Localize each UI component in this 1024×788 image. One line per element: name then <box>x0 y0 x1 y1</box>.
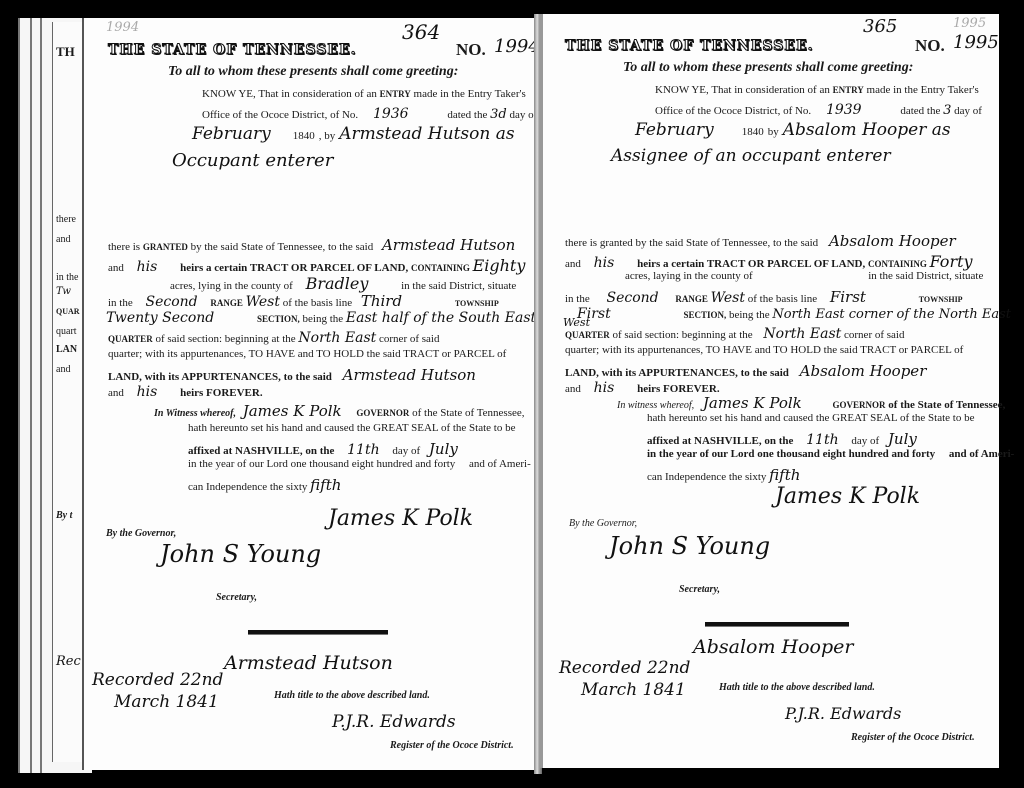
margin-fragment: there <box>56 214 76 225</box>
pronoun: his <box>137 259 158 275</box>
register-signature: P.J.R. Edwards <box>785 704 901 723</box>
hath-title: Hath title to the above described land. <box>274 690 430 701</box>
text: of the basis line <box>283 297 352 309</box>
text: made in the Entry Taker's <box>414 88 526 100</box>
margin-fragment: By t <box>56 510 72 521</box>
county-line: acres, laying in the county of in the sa… <box>625 270 983 282</box>
text: day of <box>954 105 982 117</box>
register-signature: P.J.R. Edwards <box>332 712 456 732</box>
county: Bradley <box>306 274 369 293</box>
right-page-grant-1995: 1995 365 THE STATE OF TENNESSEE. NO. 199… <box>540 14 999 768</box>
affixed-line: affixed at NASHVILLE, on the 11th day of… <box>188 440 458 458</box>
range-number: Second <box>146 294 198 310</box>
seal-day: 11th <box>806 432 838 448</box>
text: GOVERNOR <box>833 400 886 410</box>
text: Office of the Ococe District, of No. <box>655 105 811 117</box>
grant-no-label: NO. <box>915 36 945 56</box>
granted-line: there is GRANTED by the said State of Te… <box>108 236 515 254</box>
grant-number: 1995 <box>953 32 999 53</box>
text: CONTAINING <box>868 259 927 269</box>
heirs-forever-line: and his heirs FOREVER. <box>108 384 263 400</box>
pronoun: his <box>594 380 615 396</box>
page-number: 365 <box>863 16 897 37</box>
margin-fragment: and <box>56 234 70 245</box>
holder-signature: Armstead Hutson <box>224 652 393 674</box>
text: KNOW YE, That in consideration of an <box>655 84 830 96</box>
text: acres, lying in the county of <box>170 280 293 292</box>
governor-signature: James K Polk <box>775 484 920 509</box>
grantee-name: Armstead Hutson <box>343 366 476 384</box>
text: TOWNSHIP <box>919 295 963 304</box>
text: CONTAINING <box>411 263 470 273</box>
quarter-line: QUARTER of said section: beginning at th… <box>565 326 905 342</box>
date-grantee-line: February 1840 by Absalom Hooper as <box>635 120 951 140</box>
entry-year: 1840 <box>742 126 764 138</box>
text: In witness whereof, <box>617 400 694 411</box>
seal-month: July <box>888 430 917 448</box>
grantee-name: Armstead Hutson <box>382 236 515 254</box>
text: and <box>108 262 124 274</box>
text: affixed at NASHVILLE, on the <box>647 435 793 447</box>
independence-line: can Independence the sixty fifth <box>647 466 800 484</box>
text: of said section: beginning at the <box>155 333 295 345</box>
text: corner of said <box>844 329 904 341</box>
affixed-line: affixed at NASHVILLE, on the 11th day of… <box>647 430 917 448</box>
holder-signature: Absalom Hooper <box>693 636 853 658</box>
text: QUARTER <box>565 330 610 340</box>
margin-fragment: Tw <box>56 286 71 297</box>
appurtenances-line: quarter; with its appurtenances, TO HAVE… <box>565 344 963 356</box>
year-line: in the year of our Lord one thousand eig… <box>188 458 531 470</box>
margin-fragment: QUAR <box>56 307 80 316</box>
text: heirs a certain TRACT OR PARCEL OF LAND, <box>637 258 865 270</box>
quarter-line: QUARTER of said section: beginning at th… <box>108 330 440 346</box>
text: can Independence the sixty <box>188 481 307 493</box>
secretary-signature: John S Young <box>609 532 770 560</box>
independence-year: fifth <box>769 466 800 484</box>
section-line: Twenty Second SECTION, being the East ha… <box>106 310 536 326</box>
recorded-date-2: March 1841 <box>114 692 219 712</box>
tract-portion: North East corner of the North East <box>772 307 1011 322</box>
text: SECTION, <box>683 310 726 320</box>
seal-month: July <box>429 440 458 458</box>
hath-hereunto-line: hath hereunto set his hand and caused th… <box>647 412 974 424</box>
hath-title: Hath title to the above described land. <box>719 682 875 693</box>
text: made in the Entry Taker's <box>867 84 979 96</box>
text: GOVERNOR <box>356 408 409 418</box>
secretary-signature: John S Young <box>160 540 321 568</box>
township-number: First <box>830 288 866 306</box>
text: there is granted by the said State of Te… <box>565 237 818 249</box>
witness-line: In Witness whereof, James K Polk GOVERNO… <box>154 402 525 420</box>
acreage: Eighty <box>473 256 526 275</box>
text: QUARTER <box>108 334 153 344</box>
range-line: in the Second RANGE West of the basis li… <box>108 292 499 310</box>
text: of the State of Tennessee, <box>412 407 524 419</box>
greeting: To all to whom these presents shall come… <box>623 60 913 76</box>
township-number: Third <box>361 292 402 310</box>
text: dated the <box>447 109 487 121</box>
text: day of <box>392 445 420 457</box>
section-number: Twenty Second <box>106 310 214 326</box>
text: , by <box>319 130 336 142</box>
pronoun: his <box>137 384 158 400</box>
left-page-grant-1994: 1994 364 THE STATE OF TENNESSEE. NO. 199… <box>82 18 538 770</box>
greeting: To all to whom these presents shall come… <box>168 64 458 80</box>
entry-month: February <box>192 124 271 144</box>
text: affixed at NASHVILLE, on the <box>188 445 334 457</box>
divider-rule <box>248 630 388 635</box>
document-title: THE STATE OF TENNESSEE. <box>108 42 357 58</box>
text: being the <box>303 313 344 325</box>
text: heirs a certain TRACT OR PARCEL OF LAND, <box>180 262 408 274</box>
hath-hereunto-line: hath hereunto set his hand and caused th… <box>188 422 515 434</box>
text: TOWNSHIP <box>455 299 499 308</box>
text: acres, laying in the county of <box>625 270 753 282</box>
by-the-governor: By the Governor, <box>569 518 637 529</box>
tract-portion: East half of the South East <box>346 310 536 326</box>
entry-month: February <box>635 120 714 140</box>
text: of said section: beginning at the <box>612 329 752 341</box>
grant-number: 1994 <box>494 36 540 57</box>
independence-year: fifth <box>310 476 341 494</box>
beginning-corner: North East <box>298 330 376 346</box>
secretary-label: Secretary, <box>679 584 720 595</box>
entry-day: 3 <box>943 103 951 118</box>
text: SECTION, <box>257 314 300 324</box>
margin-fragment: LAN <box>56 344 77 355</box>
corner-note: 1995 <box>953 16 986 31</box>
text: by <box>768 126 779 138</box>
margin-fragment: and <box>56 364 70 375</box>
land-line: LAND, with its APPURTENANCES, to the sai… <box>108 366 476 384</box>
page-number: 364 <box>402 20 440 44</box>
corner-note: 1994 <box>106 20 139 35</box>
text: of the basis line <box>748 293 817 305</box>
witness-line: In witness whereof, James K Polk GOVERNO… <box>617 394 1005 412</box>
know-ye-line: KNOW YE, That in consideration of an ENT… <box>202 88 526 100</box>
grantee-name: Absalom Hooper <box>800 362 927 380</box>
grant-no-label: NO. <box>456 40 486 60</box>
text: corner of said <box>379 333 439 345</box>
text: in the said District, situate <box>401 280 516 292</box>
divider-rule <box>705 622 849 627</box>
date-grantee-line: February 1840 , by Armstead Hutson as <box>192 124 515 144</box>
text: KNOW YE, That in consideration of an <box>202 88 377 100</box>
grantee-capacity: Occupant enterer <box>172 150 333 171</box>
grantee-name: Armstead Hutson as <box>339 124 514 144</box>
grantee-name: Absalom Hooper as <box>783 120 951 140</box>
recorded-date: Recorded 22nd <box>559 658 690 678</box>
know-ye-line: KNOW YE, That in consideration of an ENT… <box>655 84 979 96</box>
text: and <box>108 387 124 399</box>
text: LAND, with its APPURTENANCES, to the sai… <box>565 367 789 379</box>
granted-line: there is granted by the said State of Te… <box>565 232 956 250</box>
governor-name: James K Polk <box>703 394 802 412</box>
acreage: Forty <box>930 252 973 271</box>
text: of the State of Tennessee, <box>888 399 1005 411</box>
section-line: First SECTION, being the North East corn… <box>577 306 1011 322</box>
text: in the said District, situate <box>868 270 983 282</box>
text: RANGE <box>210 298 243 308</box>
beginning-corner: North East <box>763 326 841 342</box>
text: day of <box>851 435 879 447</box>
text: there is <box>108 241 140 253</box>
appurtenances-line: quarter; with its appurtenances, TO HAVE… <box>108 348 506 360</box>
text: by the said State of Tennessee, to the s… <box>191 241 374 253</box>
document-title: THE STATE OF TENNESSEE. <box>565 38 814 54</box>
range-line: in the Second RANGE West of the basis li… <box>565 288 963 306</box>
text: In Witness whereof, <box>154 408 236 419</box>
county-line: acres, lying in the county of Bradley in… <box>170 274 516 293</box>
text: ENTRY <box>833 85 864 95</box>
range-number: Second <box>607 290 659 306</box>
margin-fragment: quart <box>56 326 77 337</box>
year-line: in the year of our Lord one thousand eig… <box>647 448 1014 460</box>
register-label: Register of the Ococe District. <box>851 732 975 743</box>
by-the-governor: By the Governor, <box>106 528 176 539</box>
range-direction: West <box>246 294 280 310</box>
tract-line: and his heirs a certain TRACT OR PARCEL … <box>108 256 525 275</box>
text: can Independence the sixty <box>647 471 766 483</box>
entry-number: 1936 <box>373 106 409 122</box>
grantee-capacity: Assignee of an occupant enterer <box>611 146 891 166</box>
text: heirs FOREVER. <box>180 387 263 399</box>
secretary-label: Secretary, <box>216 592 257 603</box>
governor-signature: James K Polk <box>328 506 473 531</box>
land-line: LAND, with its APPURTENANCES, to the sai… <box>565 362 926 380</box>
text: in the <box>108 297 133 309</box>
register-label: Register of the Ococe District. <box>390 740 514 751</box>
text: LAND, with its APPURTENANCES, to the sai… <box>108 371 332 383</box>
fragment-title: TH <box>56 44 75 60</box>
entry-year: 1840 <box>293 130 315 142</box>
text: and <box>565 383 581 395</box>
text: in the <box>565 293 590 305</box>
margin-fragment: Rec <box>56 654 81 669</box>
entry-number: 1939 <box>826 102 862 118</box>
text: ENTRY <box>380 89 411 99</box>
tract-line: and his heirs a certain TRACT OR PARCEL … <box>565 252 973 271</box>
independence-line: can Independence the sixty fifth <box>188 476 341 494</box>
text: GRANTED <box>143 242 188 252</box>
text: being the <box>729 309 770 321</box>
office-line: Office of the Ococe District, of No. 193… <box>202 106 537 122</box>
text: RANGE <box>675 294 708 304</box>
text: and <box>565 258 581 270</box>
range-direction: West <box>711 290 745 306</box>
pronoun: his <box>594 255 615 271</box>
seal-day: 11th <box>347 442 379 458</box>
margin-fragment: in the <box>56 272 79 283</box>
recorded-date-2: March 1841 <box>581 680 686 700</box>
text: Office of the Ococe District, of No. <box>202 109 358 121</box>
office-line: Office of the Ococe District, of No. 193… <box>655 102 982 118</box>
entry-day: 3d <box>490 107 507 122</box>
text: dated the <box>900 105 940 117</box>
governor-name: James K Polk <box>243 402 342 420</box>
recorded-date: Recorded 22nd <box>92 670 223 690</box>
grantee-name: Absalom Hooper <box>829 232 956 250</box>
